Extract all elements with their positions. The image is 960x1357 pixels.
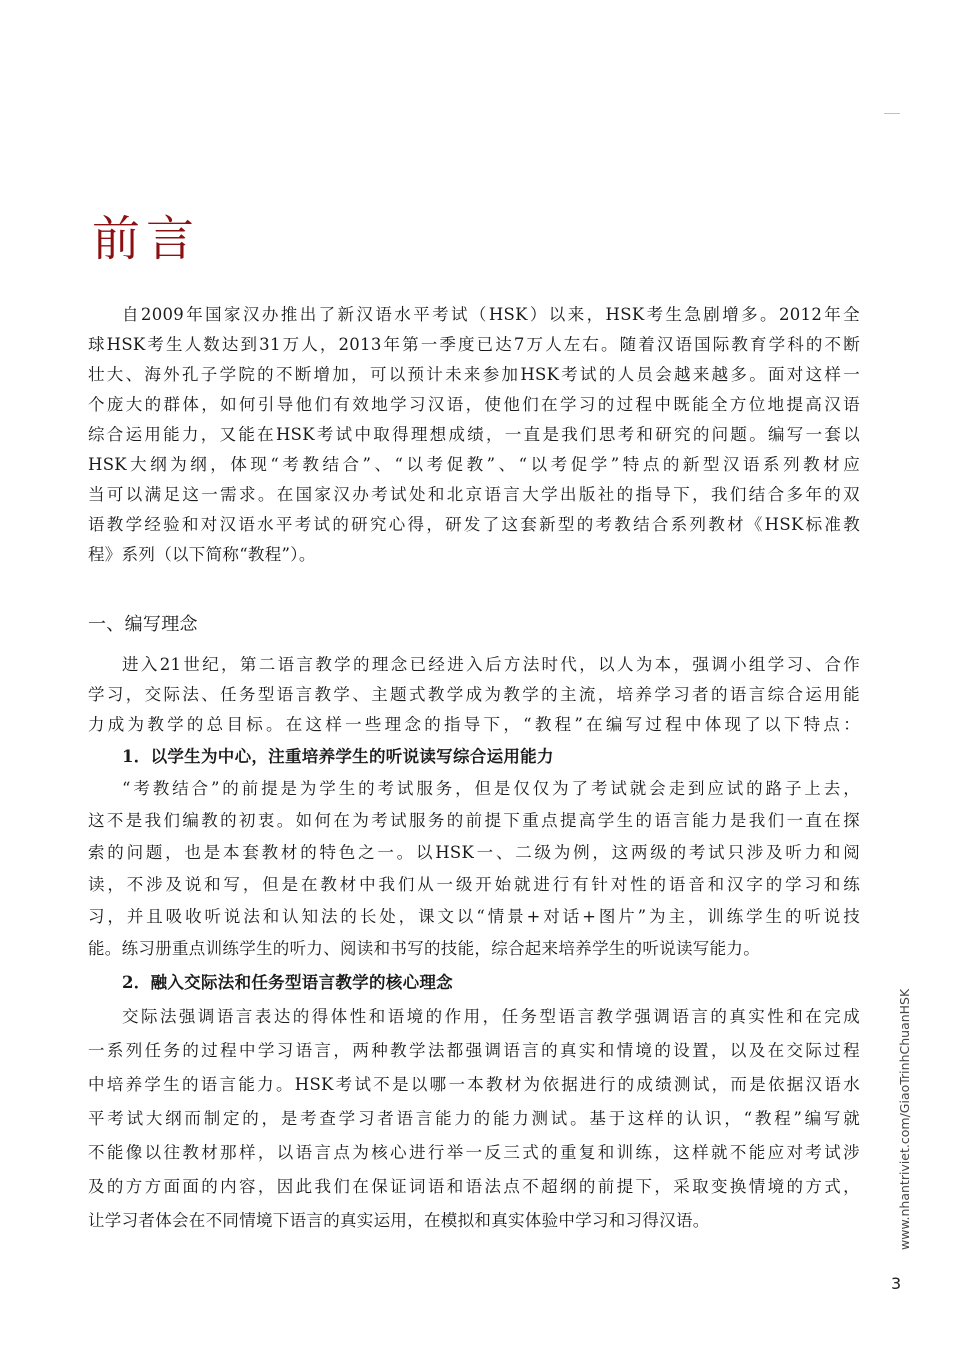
section-heading: 一、编写理念 <box>88 610 860 640</box>
text-line: 综合运用能力，又能在HSK考试中取得理想成绩，一直是我们思考和研究的问题。编写一… <box>88 420 860 450</box>
text-line: 自2009年国家汉办推出了新汉语水平考试（HSK）以来，HSK考生急剧增多。20… <box>88 300 860 330</box>
text-line: 语教学经验和对汉语水平考试的研究心得，研发了这套新型的考教结合系列教材《HSK标… <box>88 510 860 540</box>
text-line: 交际法强调语言表达的得体性和语境的作用，任务型语言教学强调语言的真实性和在完成 <box>88 1002 860 1032</box>
scan-mark <box>884 113 900 114</box>
text-line: 个庞大的群体，如何引导他们有效地学习汉语，使他们在学习的过程中既能全方位地提高汉… <box>88 390 860 420</box>
text-line: 一系列任务的过程中学习语言，两种教学法都强调语言的真实和情境的设置，以及在交际过… <box>88 1036 860 1066</box>
text-line: 平考试大纲而制定的，是考查学习者语言能力的能力测试。基于这样的认识，“教程”编写… <box>88 1104 860 1134</box>
text-line: 力成为教学的总目标。在这样一些理念的指导下，“教程”在编写过程中体现了以下特点： <box>88 710 860 740</box>
page-number: 3 <box>891 1274 901 1293</box>
text-line: 索的问题，也是本套教材的特色之一。以HSK一、二级为例，这两级的考试只涉及听力和… <box>88 838 860 868</box>
text-line: 进入21世纪，第二语言教学的理念已经进入后方法时代，以人为本，强调小组学习、合作 <box>88 650 860 680</box>
text-line: 及的方方面面的内容，因此我们在保证词语和语法点不超纲的前提下，采取变换情境的方式… <box>88 1172 860 1202</box>
watermark-url: www.nhantriviet.com/GiaoTrinhChuanHSK <box>897 989 912 1250</box>
text-line: 中培养学生的语言能力。HSK考试不是以哪一本教材为依据进行的成绩测试，而是依据汉… <box>88 1070 860 1100</box>
text-line: 不能像以往教材那样，以语言点为核心进行举一反三式的重复和训练，这样就不能应对考试… <box>88 1138 860 1168</box>
point-heading: 1．以学生为中心，注重培养学生的听说读写综合运用能力 <box>88 742 860 772</box>
text-line: 这不是我们编教的初衷。如何在为考试服务的前提下重点提高学生的语言能力是我们一直在… <box>88 806 860 836</box>
text-line: 程》系列（以下简称“教程”）。 <box>88 540 860 570</box>
text-line: HSK大纲为纲，体现“考教结合”、“以考促教”、“以考促学”特点的新型汉语系列教… <box>88 450 860 480</box>
point-heading: 2．融入交际法和任务型语言教学的核心理念 <box>88 968 860 998</box>
text-line: 壮大、海外孔子学院的不断增加，可以预计未来参加HSK考试的人员会越来越多。面对这… <box>88 360 860 390</box>
text-line: “考教结合”的前提是为学生的考试服务，但是仅仅为了考试就会走到应试的路子上去， <box>88 774 860 804</box>
text-line: 学习，交际法、任务型语言教学、主题式教学成为教学的主流，培养学习者的语言综合运用… <box>88 680 860 710</box>
text-line: 读，不涉及说和写，但是在教材中我们从一级开始就进行有针对性的语音和汉字的学习和练 <box>88 870 860 900</box>
text-line: 当可以满足这一需求。在国家汉办考试处和北京语言大学出版社的指导下，我们结合多年的… <box>88 480 860 510</box>
page-title: 前言 <box>92 200 200 269</box>
text-line: 让学习者体会在不同情境下语言的真实运用，在模拟和真实体验中学习和习得汉语。 <box>88 1206 860 1236</box>
text-line: 球HSK考生人数达到31万人，2013年第一季度已达7万人左右。随着汉语国际教育… <box>88 330 860 360</box>
text-line: 能。练习册重点训练学生的听力、阅读和书写的技能，综合起来培养学生的听说读写能力。 <box>88 934 860 964</box>
text-line: 习，并且吸收听说法和认知法的长处，课文以“情景+对话+图片”为主，训练学生的听说… <box>88 902 860 932</box>
